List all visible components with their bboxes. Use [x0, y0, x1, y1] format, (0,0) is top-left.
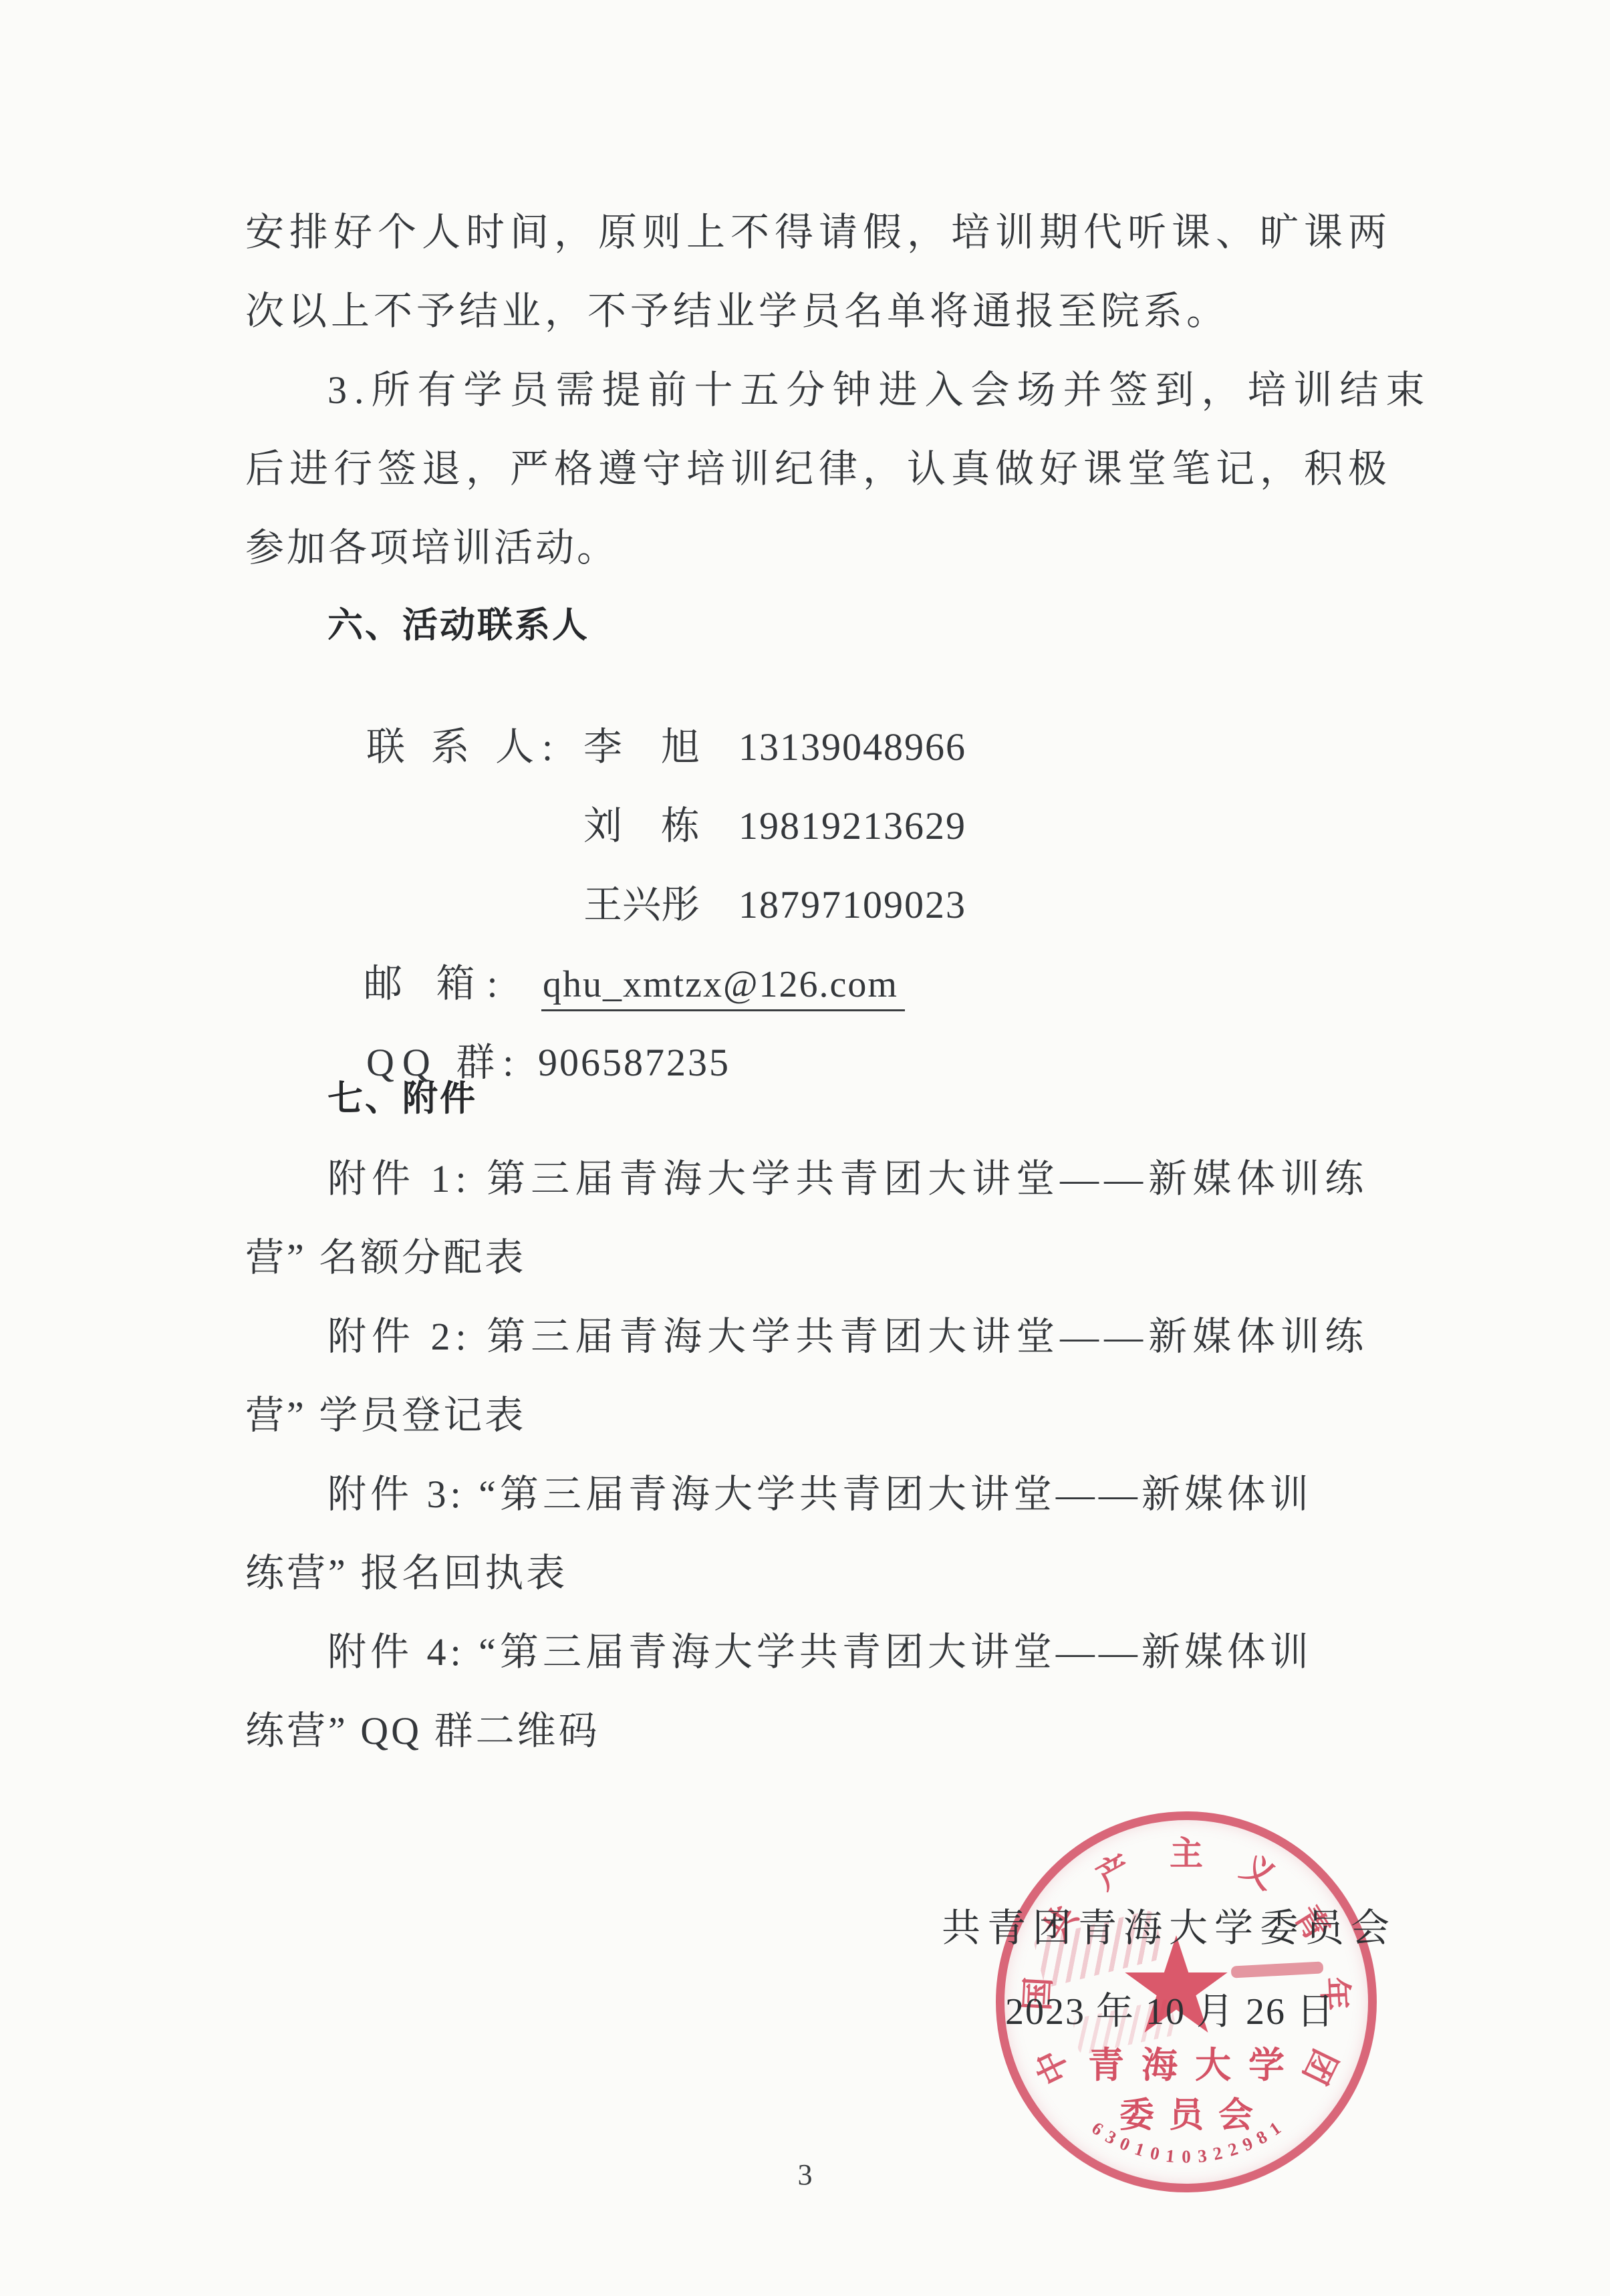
qq-group-label: QQ 群: [366, 1042, 538, 1083]
body-line: 次以上不予结业，不予结业学员名单将通报至院系。 [245, 291, 1229, 332]
attachment-line: 附件 1: 第三届青海大学共青团大讲堂——新媒体训练 [327, 1158, 1369, 1200]
signature-date: 2023 年 10 月 26 日 [942, 1991, 1399, 2033]
attachment-line: 营” 名额分配表 [245, 1237, 526, 1279]
body-line: 参加各项培训活动。 [245, 527, 618, 569]
contact-name: 李 旭 [583, 727, 701, 768]
email-label: 邮 箱: [364, 963, 541, 1005]
contact-phone: 13139048966 [739, 727, 966, 768]
attachment-line: 附件 3: “第三届青海大学共青团大讲堂——新媒体训 [327, 1474, 1313, 1515]
attachment-line: 练营” QQ 群二维码 [245, 1710, 600, 1752]
contact-phone: 18797109023 [739, 884, 966, 926]
body-line: 3.所有学员需提前十五分钟进入会场并签到，培训结束 [327, 370, 1432, 411]
attachment-line: 营” 学员登记表 [245, 1395, 526, 1436]
attachment-line: 附件 4: “第三届青海大学共青团大讲堂——新媒体训 [327, 1632, 1313, 1673]
body-line: 安排好个人时间，原则上不得请假，培训期代听课、旷课两 [245, 212, 1392, 253]
signature-organization: 共青团青海大学委员会 [942, 1908, 1399, 1949]
section-heading-attachments: 七、附件 [327, 1078, 477, 1120]
qq-group-number: 906587235 [538, 1041, 730, 1084]
attachment-line: 练营” 报名回执表 [245, 1553, 567, 1594]
section-heading-contacts: 六、活动联系人 [327, 605, 589, 646]
body-line: 后进行签退，严格遵守培训纪律，认真做好课堂笔记，积极 [245, 449, 1392, 490]
document-page: 安排好个人时间，原则上不得请假，培训期代听课、旷课两 次以上不予结业，不予结业学… [0, 0, 1610, 2296]
contact-name: 王兴彤 [583, 884, 701, 926]
contact-label: 联 系 人: [366, 727, 583, 768]
page-number: 3 [0, 2158, 1610, 2192]
attachment-line: 附件 2: 第三届青海大学共青团大讲堂——新媒体训练 [327, 1316, 1369, 1358]
contact-name: 刘 栋 [583, 805, 701, 847]
contact-phone: 19819213629 [739, 805, 966, 847]
